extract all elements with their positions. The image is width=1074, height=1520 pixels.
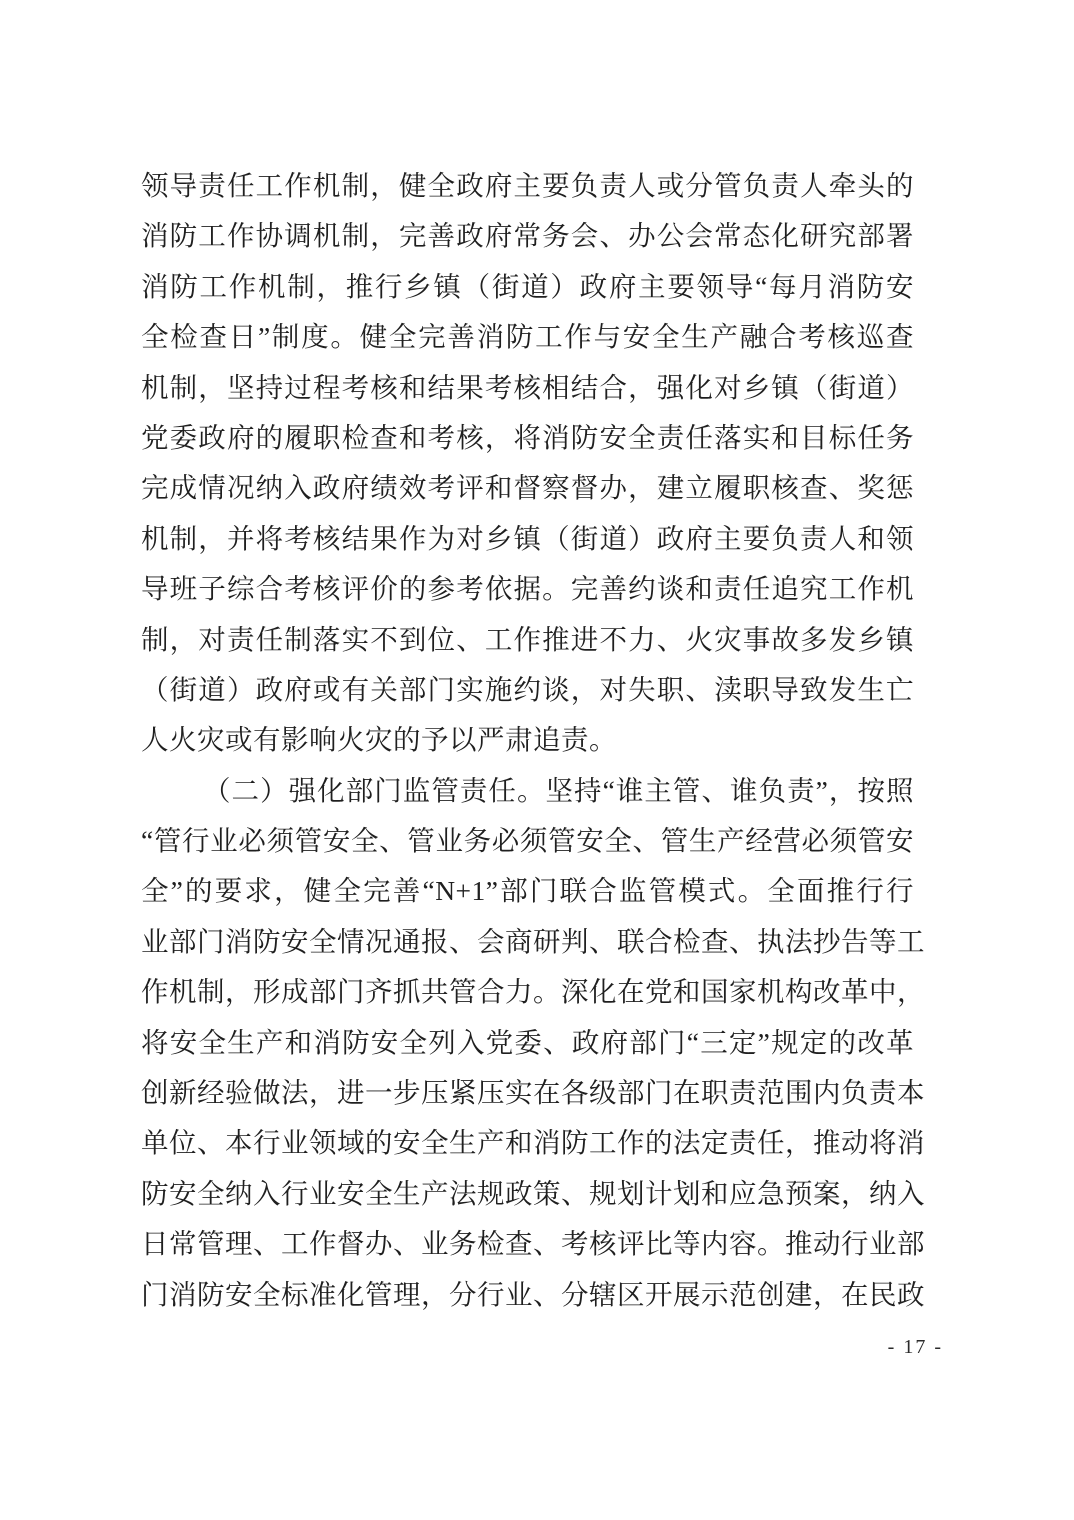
text-line: 党委政府的履职检查和考核，将消防安全责任落实和目标任务 [141,413,914,463]
text-line: 创新经验做法，进一步压紧压实在各级部门在职责范围内负责本 [141,1068,914,1118]
text-line: 制，对责任制落实不到位、工作推进不力、火灾事故多发乡镇 [141,615,914,665]
document-page: 领导责任工作机制，健全政府主要负责人或分管负责人牵头的 消防工作协调机制，完善政… [0,0,1074,1520]
text-line: 作机制，形成部门齐抓共管合力。深化在党和国家机构改革中， [141,967,914,1017]
text-line: 全”的要求，健全完善“N+1”部门联合监管模式。全面推行行 [141,866,914,916]
text-line: 导班子综合考核评价的参考依据。完善约谈和责任追究工作机 [141,564,914,614]
text-line: 将安全生产和消防安全列入党委、政府部门“三定”规定的改革 [141,1018,914,1068]
text-line: 机制，并将考核结果作为对乡镇（街道）政府主要负责人和领 [141,514,914,564]
text-line: 消防工作机制，推行乡镇（街道）政府主要领导“每月消防安 [141,262,914,312]
text-line: 单位、本行业领域的安全生产和消防工作的法定责任，推动将消 [141,1118,914,1168]
text-line-paragraph-end: 人火灾或有影响火灾的予以严肃追责。 [141,715,914,765]
text-line: 门消防安全标准化管理，分行业、分辖区开展示范创建，在民政 [141,1270,914,1320]
text-line: 日常管理、工作督办、业务检查、考核评比等内容。推动行业部 [141,1219,914,1269]
text-line: 全检查日”制度。健全完善消防工作与安全生产融合考核巡查 [141,312,914,362]
text-line: “管行业必须管安全、管业务必须管安全、管生产经营必须管安 [141,816,914,866]
text-line: （街道）政府或有关部门实施约谈，对失职、渎职导致发生亡 [141,665,914,715]
text-line-paragraph-start: （二）强化部门监管责任。坚持“谁主管、谁负责”，按照 [141,766,914,816]
text-line: 完成情况纳入政府绩效考评和督察督办，建立履职核查、奖惩 [141,463,914,513]
text-line: 机制，坚持过程考核和结果考核相结合，强化对乡镇（街道） [141,363,914,413]
document-body: 领导责任工作机制，健全政府主要负责人或分管负责人牵头的 消防工作协调机制，完善政… [141,161,914,1320]
text-line: 领导责任工作机制，健全政府主要负责人或分管负责人牵头的 [141,161,914,211]
text-line: 业部门消防安全情况通报、会商研判、联合检查、执法抄告等工 [141,917,914,967]
text-line: 防安全纳入行业安全生产法规政策、规划计划和应急预案，纳入 [141,1169,914,1219]
text-line: 消防工作协调机制，完善政府常务会、办公会常态化研究部署 [141,211,914,261]
page-number: - 17 - [888,1335,943,1359]
